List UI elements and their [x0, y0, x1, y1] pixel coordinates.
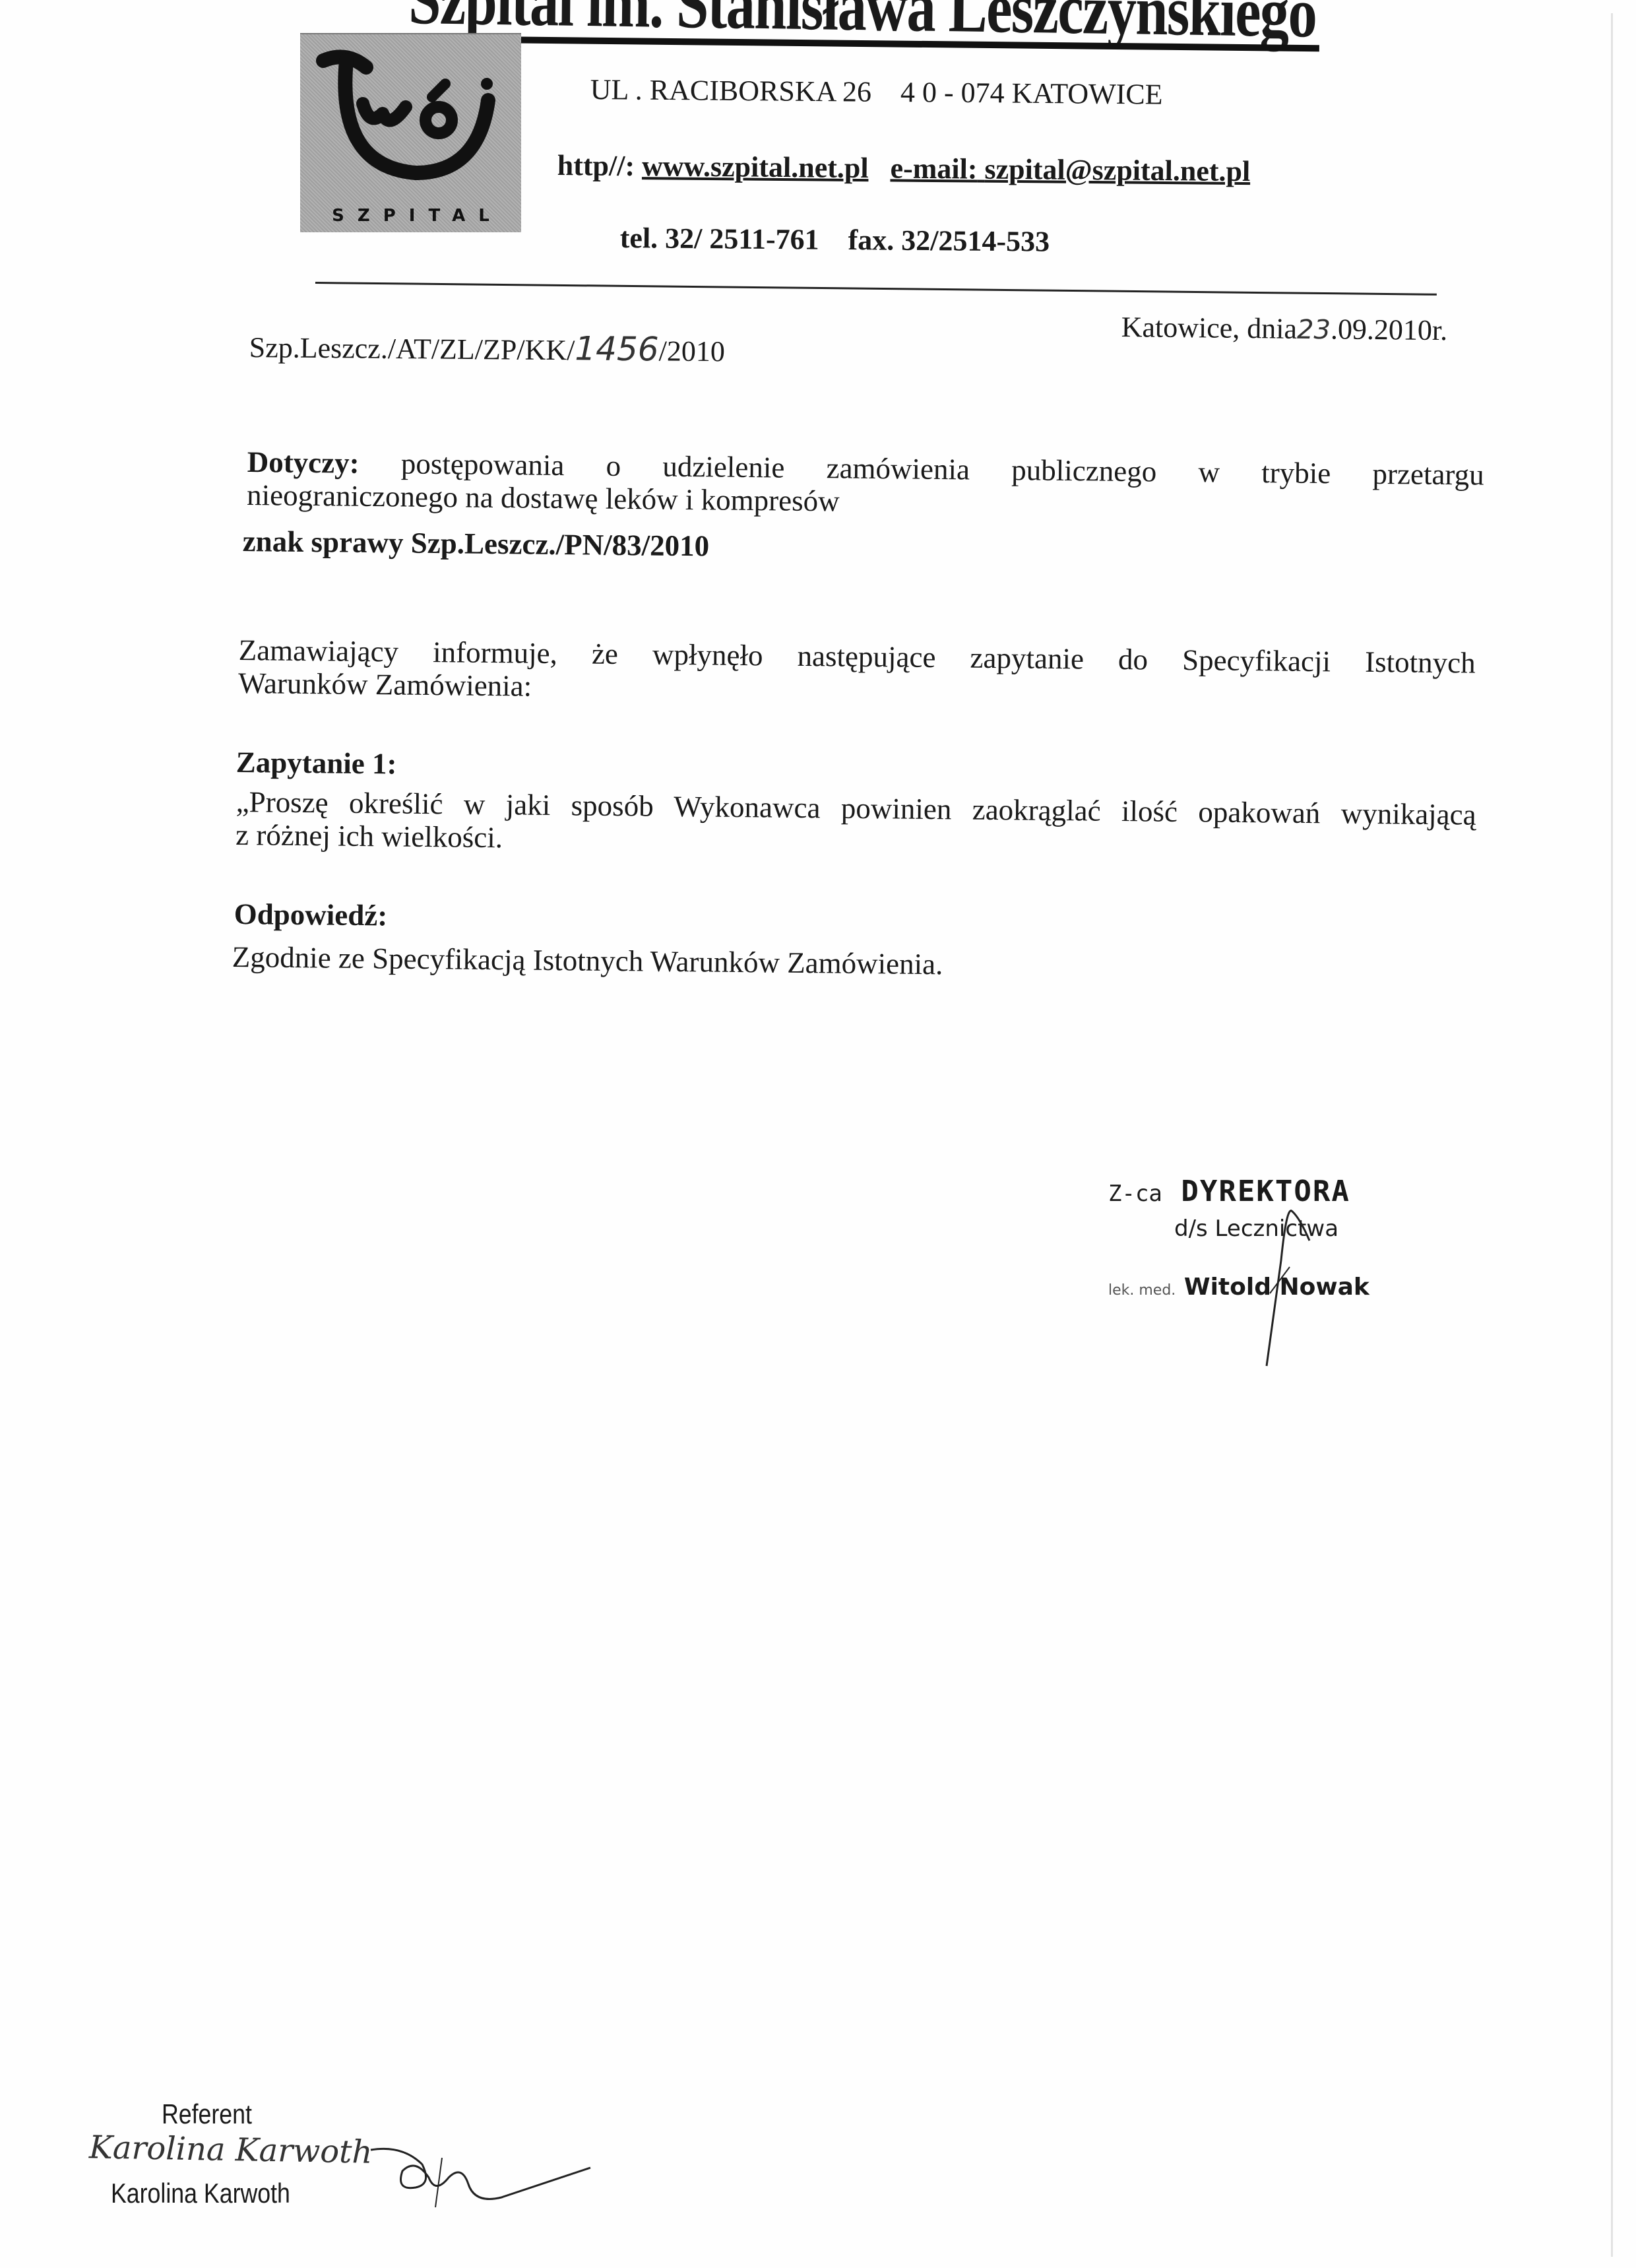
referent-label: Referent — [162, 2098, 252, 2130]
question-text: „Proszę określić w jaki sposób Wykonawca… — [236, 785, 1476, 864]
stamp-role-prefix: Z-ca — [1108, 1181, 1162, 1207]
subject-paragraph: Dotyczy: postępowania o udzielenie zamów… — [247, 445, 1484, 525]
reference-number: Szp.Leszcz./AT/ZL/ZP/KK/1456/2010 — [249, 327, 725, 369]
answer-text: Zgodnie ze Specyfikacją Istotnych Warunk… — [232, 940, 943, 981]
header-separator — [315, 282, 1437, 296]
website-link[interactable]: www.szpital.net.pl — [642, 150, 869, 184]
intro-paragraph: Zamawiający informuje, że wpłynęło nastę… — [238, 633, 1476, 713]
reference-prefix: Szp.Leszcz./AT/ZL/ZP/KK/ — [249, 331, 575, 366]
address-line: UL . RACIBORSKA 26 4 0 - 074 KATOWICE — [590, 73, 1163, 112]
web-label: http//: — [557, 149, 635, 182]
date-prefix: Katowice, dnia — [1121, 311, 1297, 345]
subject-label: Dotyczy: — [247, 445, 359, 480]
date-suffix: .09.2010r. — [1331, 313, 1448, 346]
director-signature-icon — [1240, 1201, 1319, 1373]
email-label: e-mail: — [890, 152, 977, 185]
phone-line: tel. 32/ 2511-761 fax. 32/2514-533 — [620, 221, 1050, 259]
scan-edge-line — [1611, 13, 1613, 2257]
twoj-szpital-logo-icon — [300, 34, 521, 199]
logo-text: SZPITAL — [300, 206, 521, 226]
hospital-logo: SZPITAL — [300, 33, 521, 232]
fax: fax. 32/2514-533 — [848, 224, 1050, 258]
postal-city: 4 0 - 074 KATOWICE — [900, 76, 1163, 110]
email-address: szpital@szpital.net.pl — [984, 153, 1250, 188]
question-heading: Zapytanie 1: — [236, 746, 396, 781]
handwritten-day: 23 — [1297, 315, 1331, 346]
stamp-name-line: lek. med. Witold Nowak — [1108, 1274, 1369, 1301]
referent-signature-icon — [369, 2138, 594, 2211]
telephone: tel. 32/ 2511-761 — [620, 222, 819, 256]
contact-web-line: http//: www.szpital.net.pl e-mail: szpit… — [557, 148, 1251, 188]
document-date: Katowice, dnia23.09.2010r. — [1121, 310, 1447, 347]
street-address: UL . RACIBORSKA 26 — [590, 73, 872, 108]
case-number: znak sprawy Szp.Leszcz./PN/83/2010 — [242, 525, 709, 562]
handwritten-number: 1456 — [575, 329, 659, 368]
stamp-title-prefix: lek. med. — [1108, 1282, 1176, 1299]
referent-handwritten-name: Karolina Karwoth — [89, 2129, 373, 2170]
referent-name: Karolina Karwoth — [111, 2178, 290, 2209]
email-link[interactable]: e-mail: szpital@szpital.net.pl — [890, 152, 1250, 187]
document-page: Szpital im. Stanisława Leszczyńskiego SZ… — [0, 0, 1636, 2268]
answer-heading: Odpowiedź: — [234, 897, 387, 932]
reference-suffix: /2010 — [658, 335, 725, 368]
